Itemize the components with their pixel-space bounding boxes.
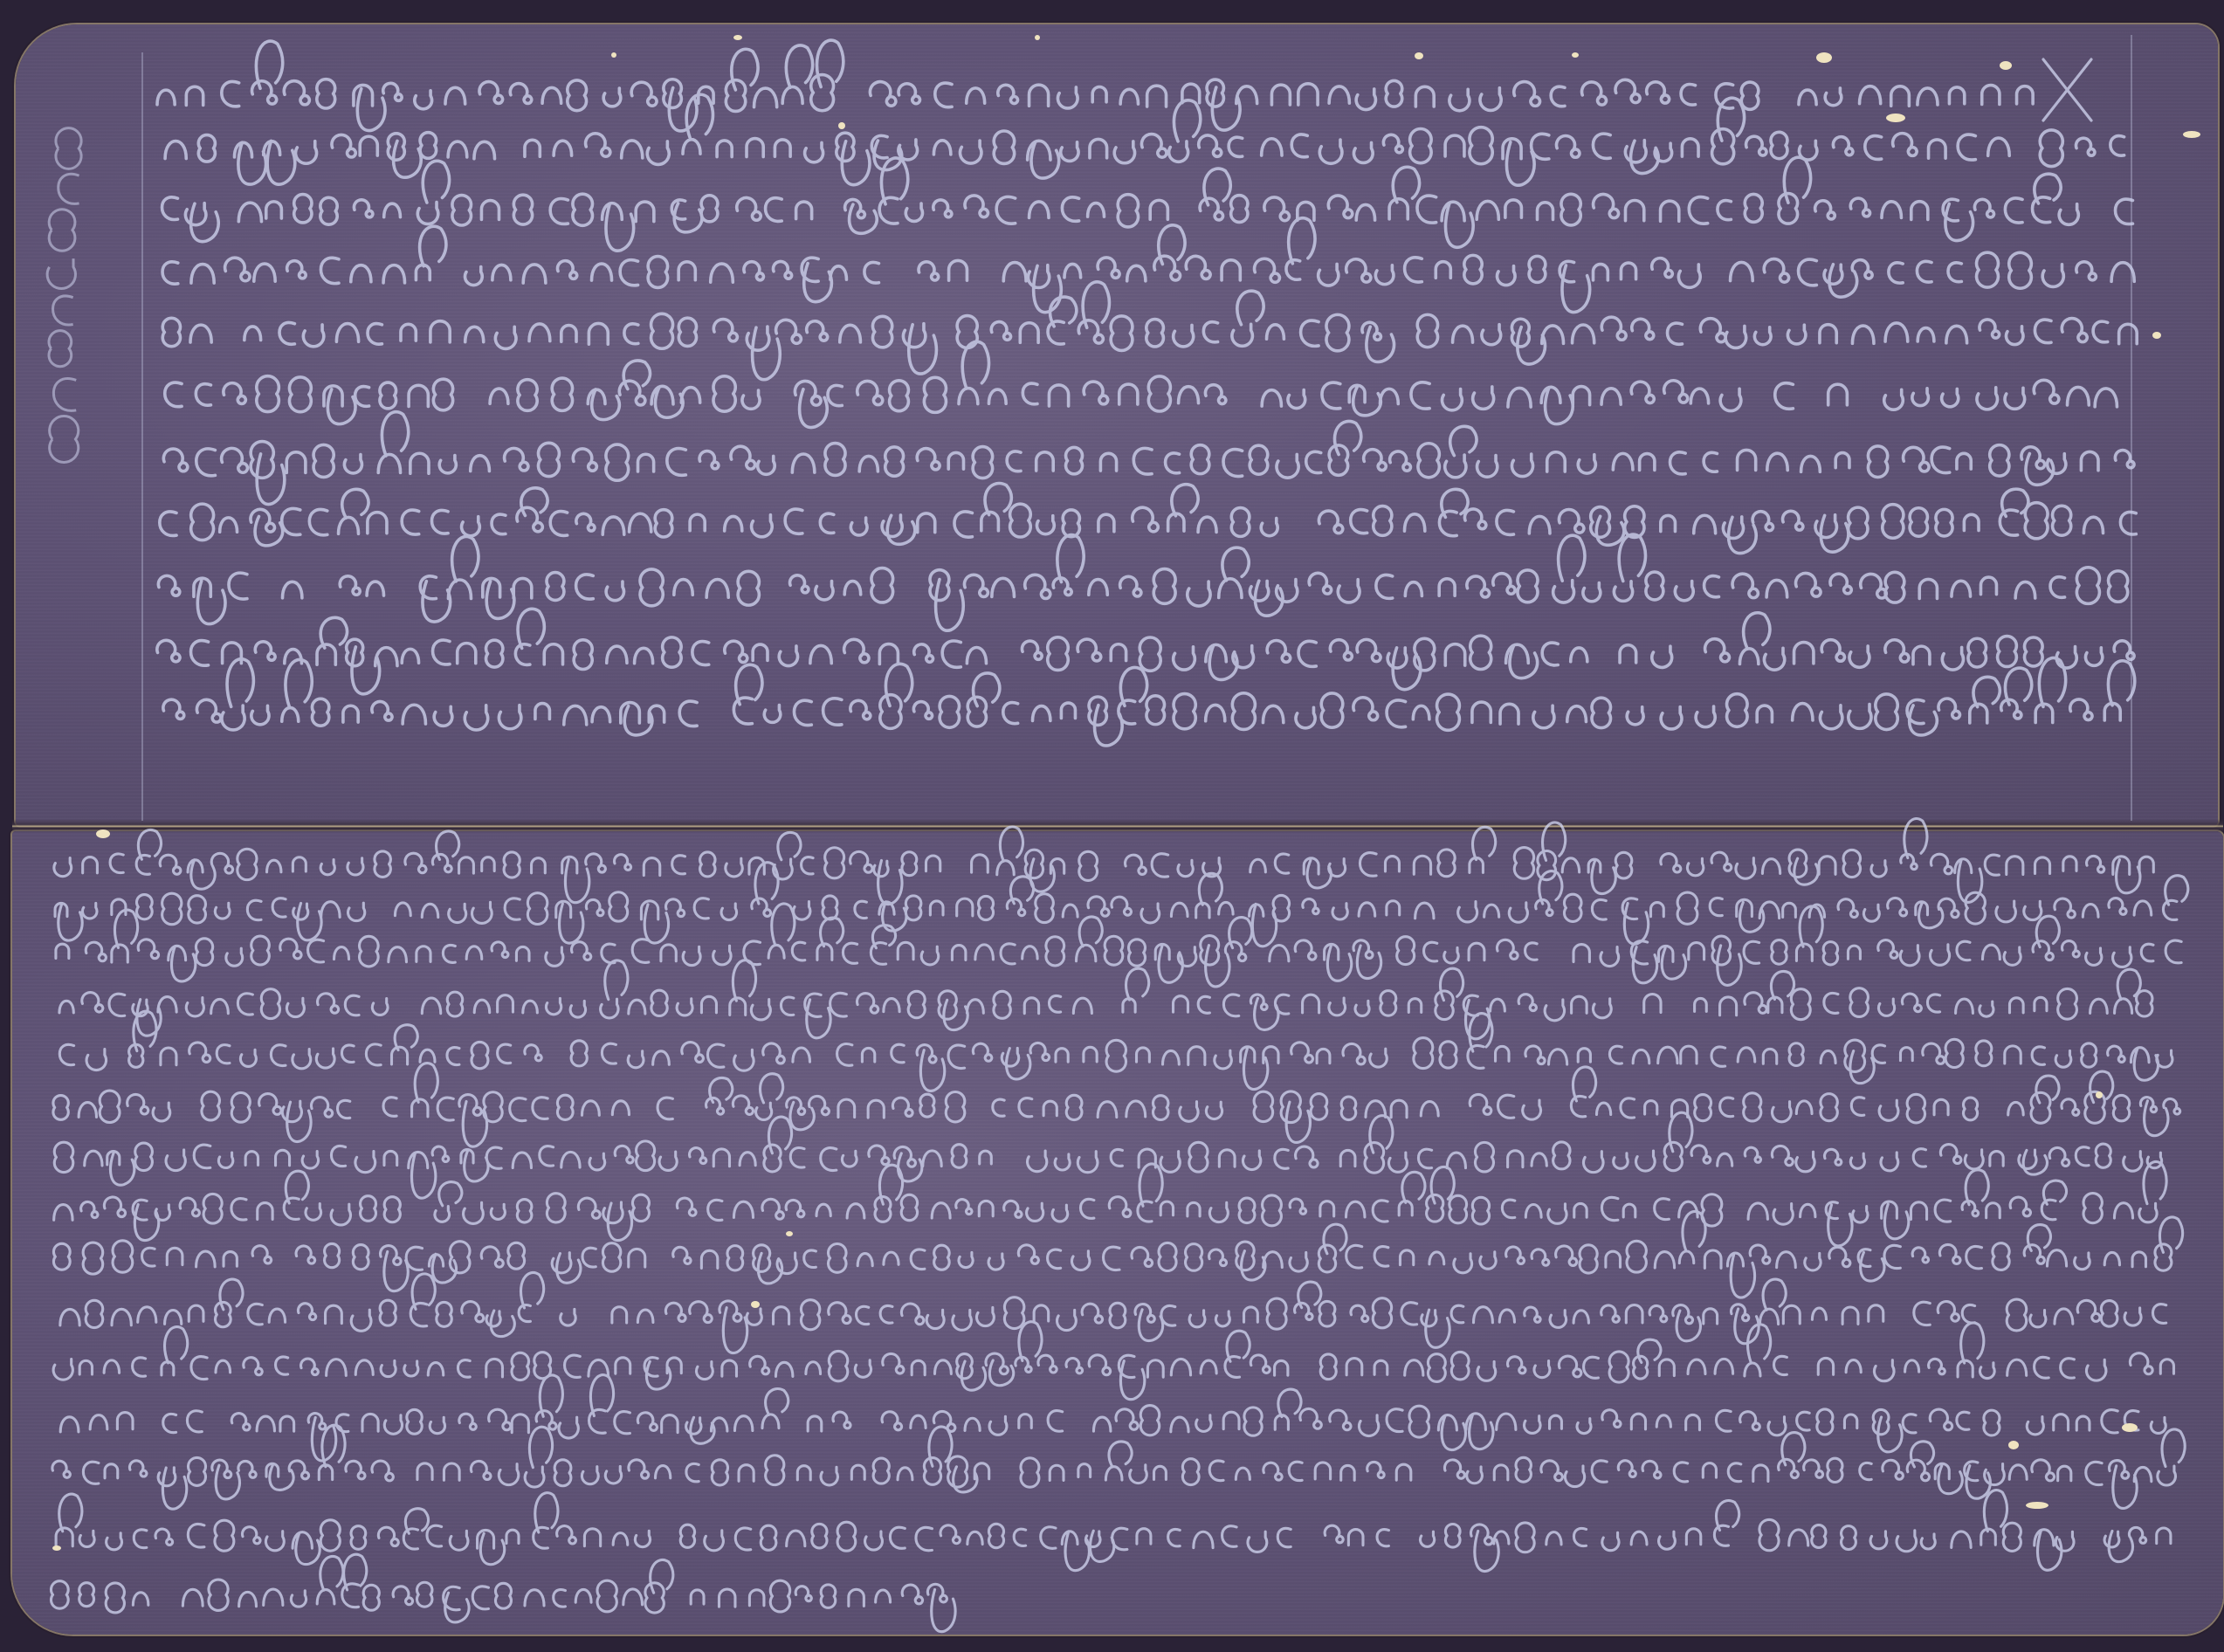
paper-damage-speck — [1572, 52, 1579, 58]
paper-damage-speck — [1816, 52, 1832, 63]
paper-damage-speck — [1886, 114, 1905, 122]
paper-damage-speck — [2183, 131, 2200, 138]
page-fold-crease — [12, 819, 2223, 833]
left-margin-rule — [141, 52, 143, 821]
paper-damage-speck — [733, 35, 742, 40]
paper-damage-speck — [1415, 52, 1423, 59]
paper-damage-speck — [2000, 61, 2012, 70]
paper-damage-speck — [2152, 332, 2161, 339]
manuscript-page-bottom — [12, 831, 2223, 1635]
manuscript-photo: Burmese folding-book manuscript (parabai… — [0, 0, 2224, 1652]
paper-damage-speck — [786, 1231, 793, 1236]
right-margin-rule — [2131, 35, 2132, 821]
manuscript-page-top — [16, 24, 2218, 826]
paper-damage-speck — [611, 52, 616, 58]
paper-damage-speck — [838, 122, 845, 129]
paper-damage-speck — [2008, 1441, 2019, 1449]
paper-damage-speck — [1035, 35, 1040, 40]
paper-damage-speck — [2026, 1502, 2048, 1509]
paper-damage-speck — [2096, 1091, 2103, 1098]
paper-damage-speck — [751, 1301, 760, 1308]
paper-damage-speck — [2122, 1423, 2138, 1432]
paper-damage-speck — [96, 829, 110, 838]
paper-damage-speck — [52, 1545, 61, 1551]
